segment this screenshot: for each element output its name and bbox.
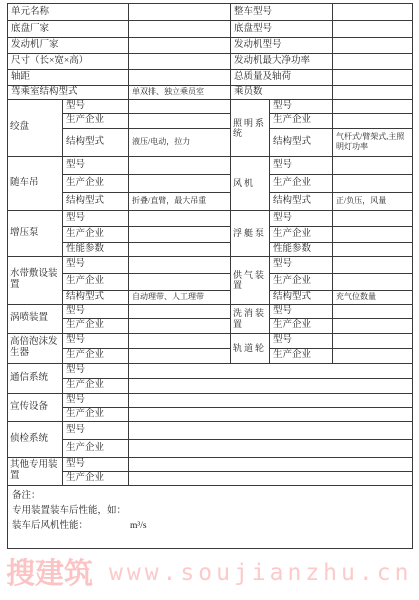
- attr-label: 生产企业: [63, 348, 129, 363]
- field-value: [129, 318, 231, 333]
- field-value: [129, 304, 231, 318]
- attr-label: 生产企业: [63, 407, 129, 421]
- attr-label: 生产企业: [270, 348, 333, 363]
- attr-label: 结构型式: [270, 290, 333, 304]
- field-value: [129, 54, 231, 70]
- group-label: 随车吊: [8, 156, 63, 210]
- attr-label: 生产企业: [63, 378, 129, 393]
- field-label: 发动机厂家: [8, 38, 129, 54]
- field-label: 轴距: [8, 70, 129, 86]
- field-hint: 正/负压，风量: [333, 192, 413, 210]
- field-value: [333, 38, 413, 54]
- field-hint: 液压/电动，拉力: [129, 128, 231, 156]
- attr-label: 结构型式: [270, 128, 333, 156]
- attr-label: 结构型式: [63, 128, 129, 156]
- attr-label: 型号: [270, 256, 333, 273]
- field-hint: 折叠/直臂，最大吊重: [129, 192, 231, 210]
- field-label: 底盘型号: [231, 21, 333, 38]
- group-label: 洗消装置: [231, 304, 270, 333]
- group-label: 增压泵: [8, 210, 63, 256]
- field-value: [333, 210, 413, 226]
- group-label: 水带敷设装置: [8, 256, 63, 304]
- field-value: [333, 99, 413, 113]
- field-value: [129, 156, 231, 174]
- group-label: 供气装置: [231, 256, 270, 304]
- field-value: [129, 113, 231, 128]
- field-value: [129, 407, 413, 421]
- attr-label: 生产企业: [270, 226, 333, 242]
- attr-label: 型号: [63, 333, 129, 348]
- field-value: [129, 21, 231, 38]
- field-value: [129, 378, 413, 393]
- field-value: [129, 226, 231, 242]
- field-value: [129, 210, 231, 226]
- field-value: [129, 99, 231, 113]
- field-value: [129, 457, 413, 471]
- attr-label: 结构型式: [270, 192, 333, 210]
- field-value: [129, 393, 413, 407]
- field-hint: 单双排、独立乘员室: [129, 86, 231, 100]
- field-value: [333, 226, 413, 242]
- field-value: [333, 242, 413, 256]
- group-label: 浮艇泵: [231, 210, 270, 256]
- watermark: 搜建筑www.soujianzhu.cn: [6, 551, 412, 592]
- attr-label: 生产企业: [270, 273, 333, 290]
- group-label: 绞盘: [8, 99, 63, 156]
- attr-label: 生产企业: [63, 113, 129, 128]
- field-value: [333, 113, 413, 128]
- attr-label: 型号: [63, 256, 129, 273]
- attr-label: 结构型式: [63, 192, 129, 210]
- attr-label: 性能参数: [63, 242, 129, 256]
- field-value: [129, 242, 231, 256]
- field-value: [333, 348, 413, 363]
- attr-label: 生产企业: [63, 471, 129, 485]
- attr-label: 型号: [63, 210, 129, 226]
- field-value: [333, 174, 413, 192]
- attr-label: 型号: [63, 421, 129, 439]
- attr-label: 生产企业: [270, 318, 333, 333]
- field-value: [129, 363, 413, 378]
- field-value: [333, 86, 413, 100]
- field-label: 乘员数: [231, 86, 333, 100]
- field-value: [333, 333, 413, 348]
- vehicle-spec-table: 单元名称 整车型号 底盘厂家 底盘型号 发动机厂家 发动机型号 尺寸（长×宽×高…: [7, 3, 413, 549]
- group-label: 涡喷装置: [8, 304, 63, 333]
- field-label: 底盘厂家: [8, 21, 129, 38]
- field-value: [129, 471, 413, 485]
- field-value: [333, 156, 413, 174]
- attr-label: 结构型式: [63, 290, 129, 304]
- notes-line: 专用装置装车后性能，如：: [12, 504, 408, 519]
- field-value: [129, 439, 413, 457]
- field-label: 发动机最大净功率: [231, 54, 333, 70]
- attr-label: 性能参数: [270, 242, 333, 256]
- attr-label: 生产企业: [63, 174, 129, 192]
- group-label: 轨道轮: [231, 333, 270, 363]
- attr-label: 型号: [63, 304, 129, 318]
- attr-label: 生产企业: [270, 113, 333, 128]
- field-value: [129, 70, 231, 86]
- attr-label: 型号: [63, 363, 129, 378]
- attr-label: 生产企业: [270, 174, 333, 192]
- field-value: [333, 4, 413, 21]
- field-value: [129, 38, 231, 54]
- field-value: [333, 21, 413, 38]
- field-value: [129, 4, 231, 21]
- field-hint: 气杆式/臂架式,主照明灯功率: [333, 128, 413, 156]
- field-label: 总质量及轴荷: [231, 70, 333, 86]
- attr-label: 生产企业: [63, 273, 129, 290]
- field-value: [333, 304, 413, 318]
- watermark-url: www.soujianzhu.cn: [109, 560, 412, 586]
- field-value: [129, 174, 231, 192]
- field-label: 驾乘室结构型式: [8, 86, 129, 100]
- attr-label: 型号: [270, 156, 333, 174]
- group-label: 宣传设备: [8, 393, 63, 421]
- field-hint: 自动理带、人工理带: [129, 290, 231, 304]
- field-value: [129, 421, 413, 439]
- group-label: 照明系统: [231, 99, 270, 156]
- attr-label: 型号: [63, 99, 129, 113]
- attr-label: 型号: [63, 457, 129, 471]
- group-label: 通信系统: [8, 363, 63, 393]
- field-value: [333, 273, 413, 290]
- field-hint: 充气位数量: [333, 290, 413, 304]
- field-label: 尺寸（长×宽×高）: [8, 54, 129, 70]
- attr-label: 生产企业: [63, 439, 129, 457]
- notes-line: 装车后风机性能：m³/s: [12, 519, 408, 534]
- attr-label: 型号: [63, 393, 129, 407]
- attr-label: 型号: [270, 304, 333, 318]
- field-value: [129, 333, 231, 348]
- attr-label: 型号: [63, 156, 129, 174]
- notes-cell: 备注： 专用装置装车后性能，如： 装车后风机性能：m³/s: [8, 485, 413, 548]
- group-label: 风机: [231, 156, 270, 210]
- notes-title: 备注：: [12, 489, 408, 504]
- group-label: 其他专用装置: [8, 457, 63, 485]
- field-value: [129, 348, 231, 363]
- field-value: [333, 318, 413, 333]
- watermark-brand: 搜建筑: [6, 556, 93, 590]
- field-value: [129, 273, 231, 290]
- attr-label: 生产企业: [63, 226, 129, 242]
- attr-label: 型号: [270, 210, 333, 226]
- attr-label: 型号: [270, 99, 333, 113]
- attr-label: 型号: [270, 333, 333, 348]
- group-label: 高倍泡沫发生器: [8, 333, 63, 363]
- field-value: [333, 54, 413, 70]
- field-value: [333, 256, 413, 273]
- field-label: 发动机型号: [231, 38, 333, 54]
- field-label: 单元名称: [8, 4, 129, 21]
- field-value: [129, 256, 231, 273]
- group-label: 侦检系统: [8, 421, 63, 457]
- attr-label: 生产企业: [63, 318, 129, 333]
- field-label: 整车型号: [231, 4, 333, 21]
- field-value: [333, 70, 413, 86]
